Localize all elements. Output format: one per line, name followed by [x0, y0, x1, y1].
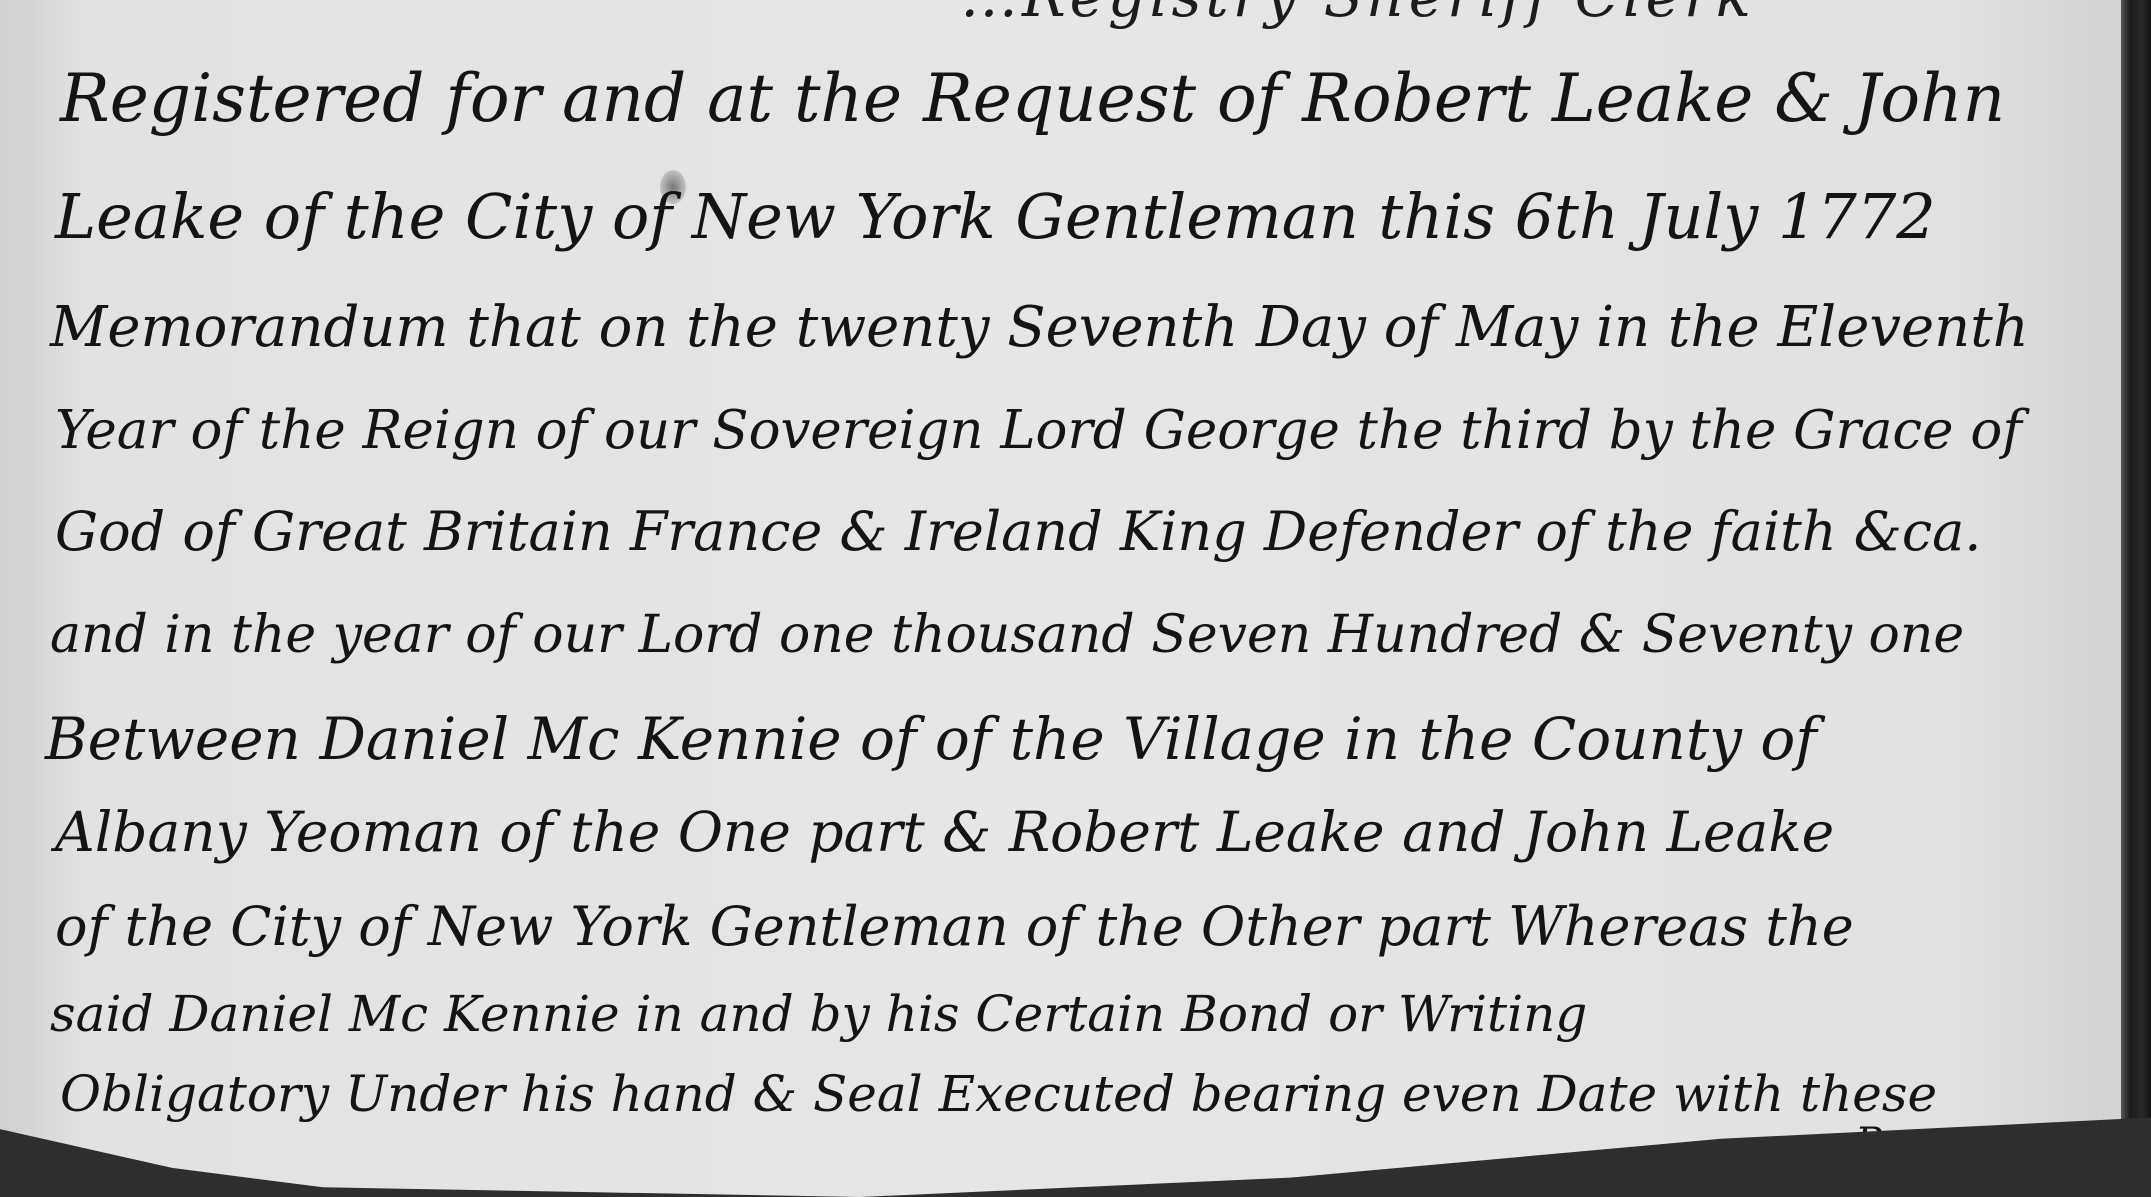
line-4: Year of the Reign of our Sovereign Lord … [55, 400, 2151, 461]
line-5: God of Great Britain France & Ireland Ki… [55, 500, 2151, 563]
line-8: Albany Yeoman of the One part & Robert L… [55, 800, 2151, 864]
line-2: Leake of the City of New York Gentleman … [55, 180, 2151, 253]
header-fragment: …Registry Sheriff Clerk [960, 0, 1755, 30]
book-binding-edge [2121, 0, 2151, 1197]
line-6: and in the year of our Lord one thousand… [50, 605, 2151, 665]
line-7: Between Daniel Mc Kennie of of the Villa… [45, 705, 2151, 773]
line-10: said Daniel Mc Kennie in and by his Cert… [50, 985, 2151, 1043]
line-1: Registered for and at the Request of Rob… [60, 60, 2151, 137]
line-3: Memorandum that on the twenty Seventh Da… [50, 295, 2151, 360]
line-11: Obligatory Under his hand & Seal Execute… [60, 1065, 2151, 1123]
line-9: of the City of New York Gentleman of the… [55, 895, 2151, 958]
manuscript-page: …Registry Sheriff Clerk Registered for a… [0, 0, 2125, 1197]
